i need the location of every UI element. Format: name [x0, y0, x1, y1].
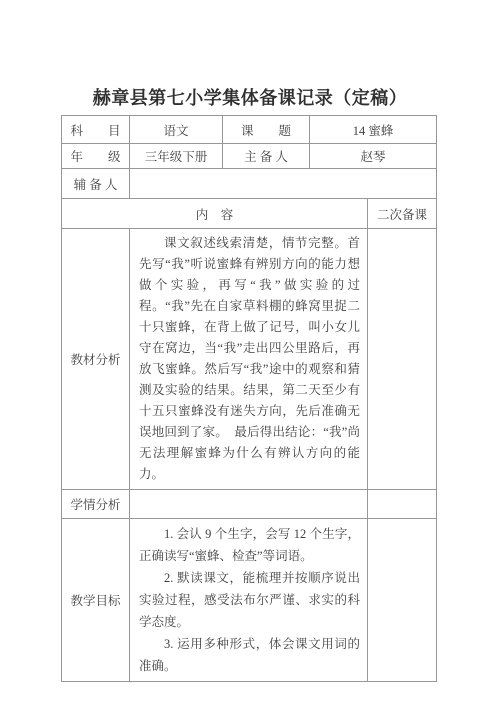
content-header: 内 容	[62, 199, 368, 229]
assistant-preparer-label: 辅 备 人	[62, 169, 130, 199]
material-analysis-second-prep-cell	[368, 229, 437, 490]
teaching-goal-item-1: 1. 会认 9 个生字，会写 12 个生字，正确读写“蜜蜂、检查”等词语。	[139, 523, 360, 567]
teaching-goals-row: 教学目标 1. 会认 9 个生字，会写 12 个生字，正确读写“蜜蜂、检查”等词…	[62, 519, 437, 682]
subject-row: 科 目 语文 课 题 14 蜜蜂	[62, 116, 437, 144]
subject-label: 科 目	[62, 116, 130, 144]
teaching-goals-second-prep-cell	[368, 519, 437, 682]
grade-row: 年 级 三年级下册 主 备 人 赵琴	[62, 144, 437, 169]
topic-value: 14 蜜蜂	[310, 116, 437, 144]
subject-value: 语文	[130, 116, 223, 144]
learner-analysis-row: 学情分析	[62, 490, 437, 519]
teaching-goals-label: 教学目标	[62, 519, 130, 682]
material-analysis-paragraph: 课文叙述线索清楚，情节完整。首先写“我”听说蜜蜂有辨别方向的能力想做个实验，再写…	[139, 233, 360, 485]
grade-value: 三年级下册	[130, 144, 223, 169]
main-preparer-value: 赵琴	[310, 144, 437, 169]
main-preparer-label: 主 备 人	[223, 144, 310, 169]
assistant-preparer-row: 辅 备 人	[62, 169, 437, 199]
content-header-row: 内 容 二次备课	[62, 199, 437, 229]
learner-analysis-text	[130, 490, 368, 519]
page-title: 赫章县第七小学集体备课记录（定稿）	[0, 84, 500, 110]
teaching-goal-item-2: 2. 默读课文，能梳理并按顺序说出实验过程，感受法布尔严谨、求实的科学态度。	[139, 567, 360, 633]
lesson-record-table: 科 目 语文 课 题 14 蜜蜂 年 级 三年级下册 主 备 人 赵琴 辅 备 …	[61, 115, 437, 682]
teaching-goals-text: 1. 会认 9 个生字，会写 12 个生字，正确读写“蜜蜂、检查”等词语。 2.…	[130, 519, 368, 682]
learner-analysis-second-prep-cell	[368, 490, 437, 519]
material-analysis-text: 课文叙述线索清楚，情节完整。首先写“我”听说蜜蜂有辨别方向的能力想做个实验，再写…	[130, 229, 368, 490]
learner-analysis-label: 学情分析	[62, 490, 130, 519]
topic-label: 课 题	[223, 116, 310, 144]
assistant-preparer-value	[130, 169, 437, 199]
material-analysis-row: 教材分析 课文叙述线索清楚，情节完整。首先写“我”听说蜜蜂有辨别方向的能力想做个…	[62, 229, 437, 490]
second-prep-header: 二次备课	[368, 199, 437, 229]
grade-label: 年 级	[62, 144, 130, 169]
material-analysis-label: 教材分析	[62, 229, 130, 490]
teaching-goal-item-3: 3. 运用多种形式，体会课文用词的准确。	[139, 633, 360, 677]
